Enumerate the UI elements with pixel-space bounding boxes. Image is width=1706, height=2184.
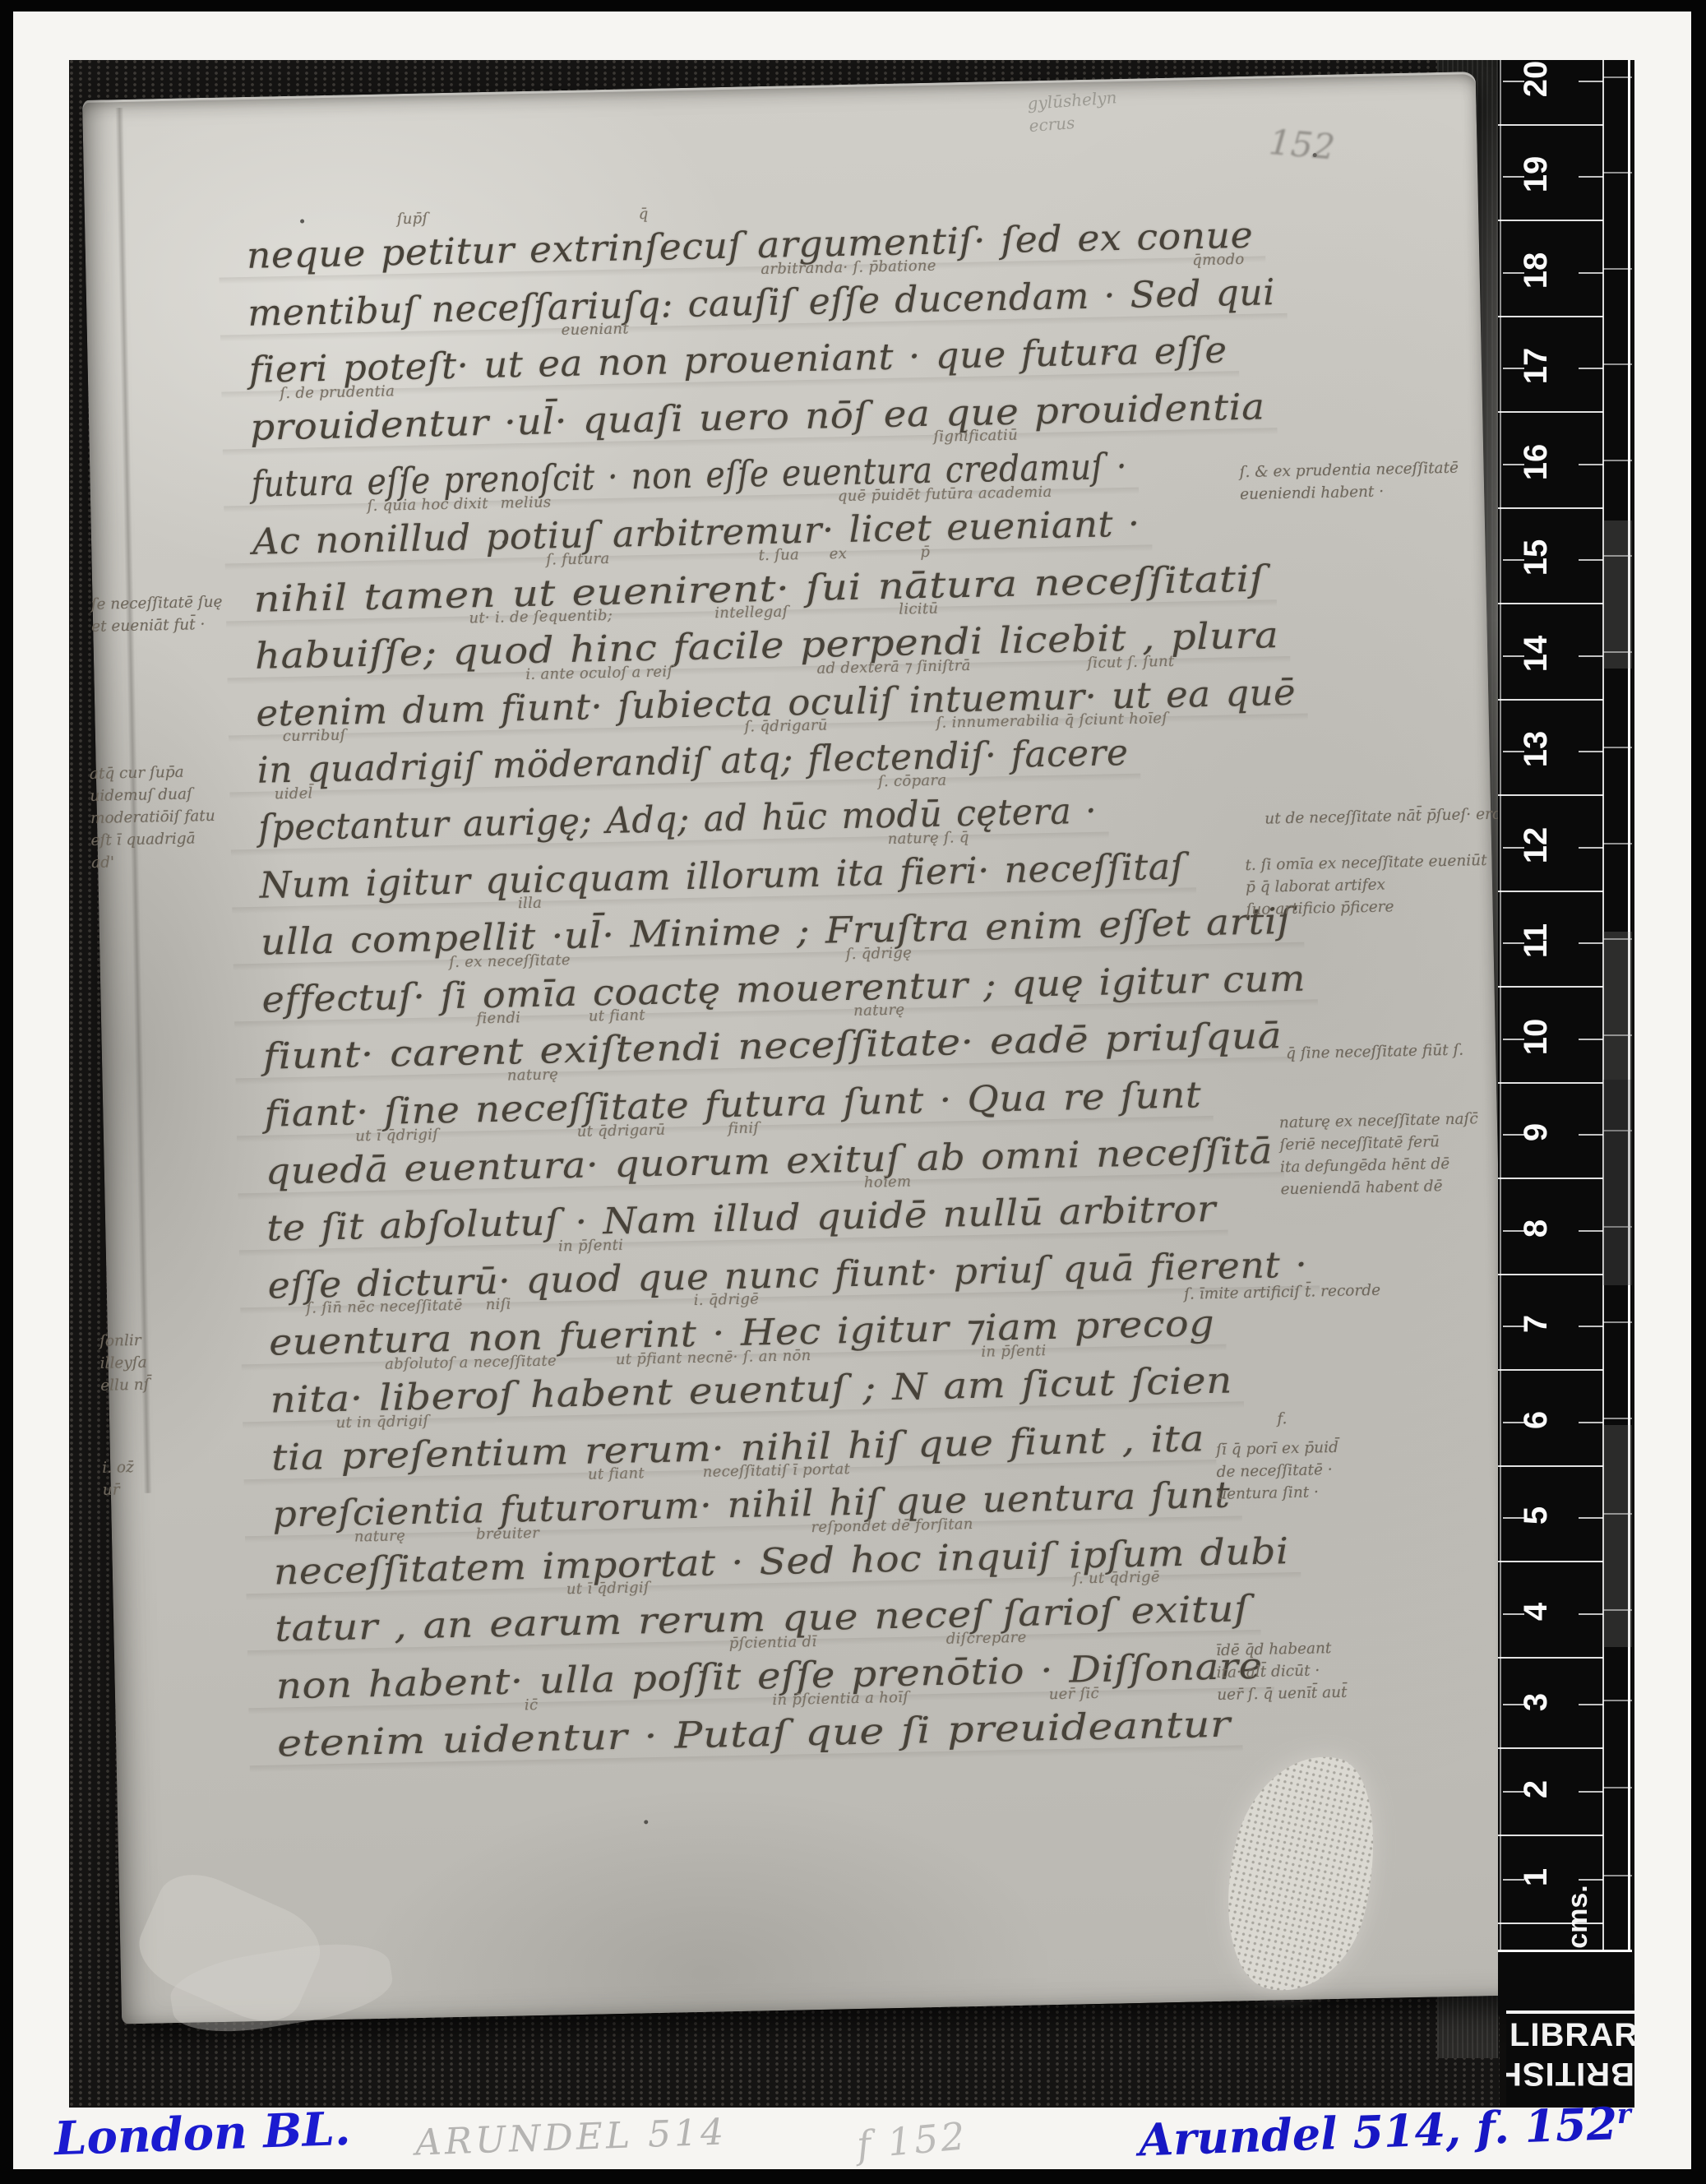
ruler-number: 15 [1518,523,1554,592]
margin-gloss-right: t. ſi omīa ex neceſſitate eueniūt p̄ q̄ … [1245,849,1488,921]
interlinear-gloss: ic̄ [525,1696,539,1714]
interlinear-gloss: fiendi [476,1010,520,1028]
interlinear-gloss: abſolutoſ a neceſſitate [385,1352,557,1372]
margin-gloss-right: īdē q̄d habeant ita· alt̄ dicūt · uer̄ ſ… [1216,1637,1348,1706]
ruler-cm-line [1498,411,1603,413]
ruler-half-cm-tick [1579,1704,1603,1705]
interlinear-gloss: hoīem [864,1173,912,1191]
interlinear-gloss: ſignificatiū [933,427,1018,446]
interlinear-gloss: licitū [899,600,938,618]
main-line-text: Num igitur quicquam illorum ita fieri· n… [259,845,1185,906]
ruler-half-cm-tick [1579,1230,1603,1232]
interlinear-gloss: t. ſua [758,546,799,564]
manuscript-page: gylūshelyn ecrus 152 neque petitur extri… [82,72,1515,2024]
main-line: mentibuſ neceſſariuſq: cauſiſ eſſe ducen… [247,271,1276,340]
interlinear-gloss: diſcrepare [946,1629,1027,1648]
margin-gloss-right: q̄ ſine neceſſitate fiūt ſ. [1286,1039,1464,1065]
ruler-cm-line [1498,891,1603,892]
interlinear-gloss: ſ. ut q̄drigē [1073,1569,1160,1588]
ruler-half-cm-tick [1579,847,1603,849]
ruler-cm-line [1498,1561,1603,1562]
main-line-text: prouidentur ·ul̄· quaſi uero nōſ ea que … [250,386,1265,448]
ruler-half-cm-tick [1503,1422,1524,1423]
ruler-half-cm-tick [1579,272,1603,274]
interlinear-gloss: ex [829,545,847,562]
ruler-number: 11 [1518,906,1554,975]
main-line-text: in quadrigiſ möderandiſ atq; flectendiſ·… [257,732,1129,792]
main-line: Num igitur quicquam illorum ita fieri· n… [259,845,1185,912]
ruler-cm-line [1498,794,1603,796]
ruler-half-cm-tick [1579,1422,1603,1423]
interlinear-gloss: uer̄ ſic̄ [1049,1685,1100,1703]
ruler-grayscale-sheen [1603,1080,1632,1285]
ruler-half-cm-tick [1503,464,1524,465]
ruler-half-cm-tick [1579,942,1603,944]
ruler-number: 13 [1518,715,1554,784]
ruler-cm-line [1498,124,1603,126]
main-line: te ſit abſolutuſ · Nam illud quidē nullū… [266,1188,1217,1256]
ruler-cm-line [1498,986,1603,988]
main-line-text: te ſit abſolutuſ · Nam illud quidē nullū… [266,1188,1217,1250]
main-line: fiunt· carent exiſtendi neceſſitate· ead… [262,1016,1283,1085]
ruler-offset-line [1603,268,1632,270]
ruler-offset-line [1603,1787,1632,1788]
ruler-half-cm-tick [1503,559,1524,561]
ruler-offset-line [1603,1418,1632,1419]
text-block: gylūshelyn ecrus 152 neque petitur extri… [82,72,1515,2024]
ruler-number: 2 [1518,1755,1554,1824]
ruler-half-cm-tick [1503,847,1524,849]
interlinear-gloss: ſ. ſin̄ nēc neceſſitatē [306,1297,463,1317]
margin-gloss-right: ſ. & ex prudentia neceſſitatē eueniendi … [1239,457,1459,506]
main-line-text: etenim uidentur · Putaſ que ſi preuidean… [277,1703,1232,1765]
margin-gloss-left: ſonlir illeyſa ellu nſ̄ [99,1330,150,1397]
ruler-grayscale-sheen [1603,1425,1632,1647]
ruler-half-cm-tick [1503,942,1524,944]
ruler-half-cm-tick [1503,1613,1524,1615]
interlinear-gloss: breuiter [476,1525,539,1543]
main-line: preſcientia futurorum· nihil hiſ que uen… [272,1474,1231,1542]
ruler-offset-line [1603,172,1632,174]
interlinear-gloss: melius [500,493,551,511]
pencil-scribble: gylūshelyn ecrus [1027,86,1120,137]
margin-gloss-right: naturę ex neceſſitate naſc̄ ſeriē neceſſ… [1279,1108,1480,1201]
margin-gloss-left: ſe neceſſitatē ſuę et eueniāt fut̄ · [90,591,223,638]
interlinear-gloss: in p̄ſenti [981,1342,1047,1361]
ruler-half-cm-tick [1579,1613,1603,1615]
ruler-half-cm-tick [1579,81,1603,82]
label-british-text-flipped: BRITISH [1506,2055,1634,2092]
ruler-offset-line [1603,1321,1632,1323]
recto-superscript: r [1616,2098,1631,2131]
ruler-offset-line [1603,1875,1632,1876]
main-line: fieri poteſt· ut ea non proueniant · que… [248,330,1227,397]
label-library-text: LIBRARY [1510,2017,1634,2054]
ruler-half-cm-tick [1579,1039,1603,1040]
ruler-number: 14 [1518,619,1554,688]
ruler-half-cm-tick [1579,1517,1603,1519]
interlinear-gloss: intellegaſ [714,604,788,622]
ruler-offset-line [1603,76,1632,78]
ruler-number: 17 [1518,331,1554,400]
interlinear-gloss: naturę [507,1066,559,1084]
ruler-half-cm-tick [1503,368,1524,369]
ruler-left-edge [1500,60,1501,1951]
ruler-cm-line [1498,1178,1603,1179]
interlinear-gloss: p̄ſcientia dī [729,1633,817,1652]
ruler-number: 18 [1518,236,1554,305]
ruler-cm-line [1498,220,1603,221]
ruler-cm-line [1498,1835,1603,1836]
ruler-cm-line [1498,1274,1603,1275]
main-line-text: fieri poteſt· ut ea non proueniant · que… [248,330,1227,391]
interlinear-gloss: naturę [354,1527,406,1545]
interlinear-gloss: finiſ [728,1119,759,1137]
ruler-half-cm-tick [1503,1879,1524,1881]
interlinear-gloss: arbitranda· ſ. p̄batione [761,257,936,277]
ruler-number: 16 [1518,428,1554,497]
interlinear-gloss: niſi [486,1296,511,1314]
interlinear-gloss: i. ante oculoſ a reiſ [525,663,673,683]
main-line: in quadrigiſ möderandiſ atq; flectendiſ·… [257,732,1129,798]
interlinear-gloss: ſicut ſ. ſunt [1087,653,1175,672]
ruler-half-cm-tick [1579,559,1603,561]
ruler-cm-line [1498,507,1603,509]
margin-gloss-left: i. oz̄ ur̄ [102,1456,135,1501]
ruler-offset-line [1603,843,1632,844]
main-line: prouidentur ·ul̄· quaſi uero nōſ ea que … [250,386,1266,454]
interlinear-gloss: ſ. futura [546,550,610,569]
digitized-manuscript-photo: gylūshelyn ecrus 152 neque petitur extri… [0,0,1706,2184]
main-line-text: ulla compellit ·ul̄· Minime ; Fruſtra en… [261,900,1292,964]
margin-gloss-right: ſ. īmite artificiſ t̄. recorde [1184,1279,1380,1306]
interlinear-gloss: naturę ſ. q̄ [887,829,969,848]
ruler-offset-line [1603,747,1632,748]
ruler-number: 8 [1518,1194,1554,1263]
ruler-half-cm-tick [1503,1134,1524,1136]
ruler-grayscale-sheen [1603,521,1632,669]
ruler-half-cm-tick [1579,464,1603,465]
ruler-cm-line [1498,1082,1603,1084]
ruler-half-cm-tick [1503,81,1524,82]
interlinear-gloss: ſ. de prudentia [280,382,395,402]
interlinear-gloss: p̄ [920,543,930,560]
ruler-number: 20 [1518,60,1554,113]
ruler-number: 9 [1518,1098,1554,1167]
interlinear-gloss: ſ. q̄drigę [846,944,913,963]
ruler-half-cm-tick [1503,176,1524,178]
ruler-half-cm-tick [1503,1326,1524,1327]
interlinear-gloss: naturę [853,1002,905,1020]
main-line: ſpectantur aurigę; Adq; ad hūc modū cęte… [258,790,1098,855]
ruler-number: 3 [1518,1668,1554,1737]
interlinear-gloss: i. q̄drigē [694,1291,760,1310]
main-line: effectuſ· ſi omīa coactę mouerentur ; qu… [261,957,1306,1026]
ruler-half-cm-tick [1503,272,1524,274]
main-line: etenim uidentur · Putaſ que ſi preuidean… [277,1703,1232,1770]
ruler-half-cm-tick [1579,1326,1603,1327]
ruler-number: 10 [1518,1002,1554,1071]
interlinear-gloss: ut in q̄drigiſ [335,1412,428,1431]
interlinear-gloss: ſ. ex neceſſitate [449,951,571,971]
photograph-area: gylūshelyn ecrus 152 neque petitur extri… [69,60,1634,2108]
ruler-half-cm-tick [1579,1134,1603,1136]
main-line-text: preſcientia futurorum· nihil hiſ que uen… [272,1474,1231,1536]
ruler-half-cm-tick [1579,751,1603,752]
ruler-half-cm-tick [1579,1879,1603,1881]
main-line: habuiſſe; quod hinc facile perpendi lice… [254,614,1278,683]
ruler-number: 5 [1518,1481,1554,1550]
main-line: non habent· ulla poſſit eſſe prenōtio · … [275,1645,1263,1714]
interlinear-gloss: illa [518,895,543,913]
interlinear-gloss: ut q̄drigarū [576,1121,665,1140]
margin-gloss-left: atq̄ cur ſup̄a uidemuſ duaſ moderatiōiſ … [90,761,216,874]
ruler-half-cm-tick [1503,1230,1524,1232]
margin-gloss-right: ut de neceſſitate nāt̄ p̄ſueſ· ero [1264,803,1501,831]
ruler-half-cm-tick [1503,655,1524,657]
main-line: neque petitur extrinſecuſ argumentiſ· ſe… [246,215,1254,283]
ruler-cm-line [1498,1747,1603,1749]
photographic-ruler: cms. 2019181716151413121110987654321 [1498,60,1632,2015]
interlinear-gloss: ut· i. de ſequentib; [469,607,613,627]
ruler-number: 12 [1518,811,1554,880]
interlinear-gloss: in p̄ſenti [558,1237,624,1256]
interlinear-gloss: ſ. quia hoc dixit [367,495,488,515]
ruler-offset-line [1603,363,1632,365]
interlinear-gloss: ut p̄fiant necnē· ſ. an nōn [616,1347,811,1368]
ruler-half-cm-tick [1503,751,1524,752]
interlinear-gloss: q̄ [639,206,649,223]
interlinear-gloss: quē p̄uidēt futūra academia [838,484,1052,505]
interlinear-gloss: ſ. q̄drigarū [744,717,828,736]
interlinear-gloss: eueniant [561,321,629,340]
ruler-end-line [1498,1950,1632,1952]
interlinear-gloss: ut ī q̄drigiſ [355,1126,438,1145]
ruler-number: 1 [1518,1843,1554,1912]
ruler-cm-line [1498,1657,1603,1659]
main-line-text: ſpectantur aurigę; Adq; ad hūc modū cęte… [258,790,1098,849]
ruler-cm-line [1498,603,1603,604]
interlinear-gloss: ut fiant [588,1464,645,1483]
ruler-half-cm-tick [1579,655,1603,657]
main-line: ulla compellit ·ul̄· Minime ; Fruſtra en… [261,900,1293,969]
ruler-number: 4 [1518,1577,1554,1646]
annotation-london-bl: London BL. [53,2102,351,2167]
ruler-cm-line [1498,1369,1603,1371]
ruler-cm-line [1498,1923,1603,1924]
interlinear-gloss: reſpondet dē forſitan [811,1515,973,1536]
main-line-text: mentibuſ neceſſariuſq: cauſiſ eſſe ducen… [247,271,1275,335]
ruler-half-cm-tick [1579,368,1603,369]
ruler-half-cm-tick [1579,176,1603,178]
ruler-grayscale-sheen [1603,932,1632,1080]
ruler-half-cm-tick [1503,1704,1524,1705]
interlinear-gloss: uidel̄ [275,784,313,803]
margin-gloss-right: ſī q̄ porī ex p̄uid̄ de neceſſitatē · ue… [1216,1437,1339,1506]
ruler-half-cm-tick [1503,1039,1524,1040]
ruler-cm-line [1498,1465,1603,1467]
margin-gloss-right: f. [1277,1408,1288,1430]
main-line-text: fiunt· carent exiſtendi neceſſitate· ead… [262,1016,1282,1079]
interlinear-gloss: neceſſitatiſ ī portat [703,1460,851,1481]
ruler-offset-line [1603,1700,1632,1701]
interlinear-gloss: q̄modo [1192,251,1245,269]
interlinear-gloss: curribuſ [283,727,346,746]
ruler-half-cm-tick [1503,1517,1524,1519]
interlinear-gloss: ut fiant [589,1007,645,1025]
main-line: neceſſitatem importat · Sed hoc inquiſ i… [273,1530,1289,1599]
british-library-label: LIBRARY BRITISH [1506,1994,1634,2106]
label-rule-line [1506,2010,1634,2014]
interlinear-gloss: ut ī q̄drigiſ [566,1580,650,1599]
main-line: Ac nonillud potiuſ arbitremur· licet eue… [252,503,1141,569]
ruler-cm-line [1498,316,1603,317]
interlinear-gloss: in p̄ſcientia a hoīſ [772,1688,908,1708]
ruler-half-cm-tick [1503,1791,1524,1793]
folio-number: 152 [1268,122,1337,168]
interlinear-gloss: ad dexterā ⁊ ſiniſtrā [816,657,971,678]
ruler-number: 19 [1518,140,1554,209]
main-line: quedā euentura· quorum exituſ ab omni ne… [265,1130,1273,1198]
ruler-half-cm-tick [1579,1791,1603,1793]
ruler-cm-line [1498,699,1603,701]
interlinear-gloss: ſ. cōpara [878,772,947,791]
ruler-number: 7 [1518,1289,1554,1358]
interlinear-gloss: ſ. innumerabilia q̄ ſciunt hoīeſ [936,710,1167,732]
interlinear-gloss: ſup̄ſ [397,210,428,228]
ruler-offset-line [1603,460,1632,461]
main-line-text: non habent· ulla poſſit eſſe prenōtio · … [275,1645,1263,1708]
ruler-number: 6 [1518,1386,1554,1455]
